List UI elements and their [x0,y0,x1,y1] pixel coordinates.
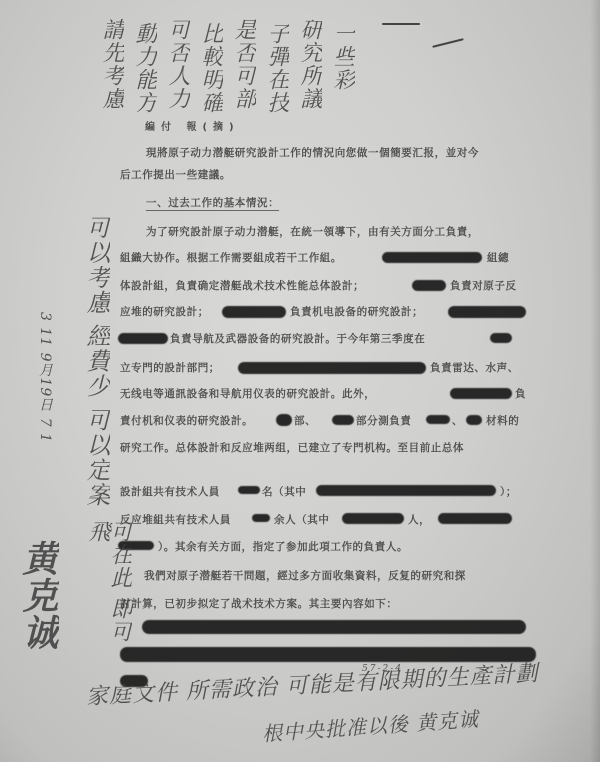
redaction-bar [332,415,354,425]
redaction-bar [222,306,286,318]
body-line-4: 应堆的研究設計； [120,304,209,319]
redaction-bar [382,252,482,263]
body-line-7: 立专門的設計部門； [120,360,220,375]
bottom-handwritten-line-2: 根中央批准以後 黄克诚 [261,703,480,747]
redaction-bar-large [142,620,526,634]
top-handwritten-column: 請先考慮 [100,18,122,138]
body-line-18: 名（其中 [262,484,306,499]
scanned-document-page: 請先考慮動力能方可否人力比較明確是否可部子彈在技研究所議一些彩 編付 報(摘) … [0,0,600,762]
redaction-bar [466,415,482,425]
body-line-23: ）。其余有关方面，指定了参加此項工作的負責人。 [158,539,408,554]
redaction-bar [276,414,292,426]
body-line-19: ）； [500,484,517,499]
redaction-bar [450,388,512,399]
body-line-22: 人， [408,512,430,527]
body-line-20: 反应堆組共有技术人員 [120,512,231,527]
body-line-17: 設計組共有技术人員 [120,484,220,499]
document-title-stamp: 編付 報(摘) [145,118,240,133]
top-handwritten-column: 一些彩 [331,22,353,142]
redaction-bar [238,486,260,494]
body-line-14: 、 [452,413,463,428]
body-fragment: 負責对原子反 [450,278,517,293]
body-line-16: 研究工作。总体設計和反应堆两组，已建立了专門机构。至目前止总体 [120,440,464,455]
redaction-bar [490,333,512,343]
body-line-2: 組織大协作。根据工作需要組成若干工作組。 [120,250,342,265]
redaction-bar [238,362,426,374]
section-heading-text: 一、过去工作的基本情況： [146,197,279,211]
body-fragment: 組總 [487,250,509,265]
redaction-bar [316,485,496,496]
body-line-10: 負 [515,386,526,401]
body-line-8: 負責雷达、水声、 [430,360,519,375]
body-line-3: 体設計組，負責确定潜艇战术技术性能总体設計； [120,278,364,293]
section-heading: 一、过去工作的基本情況： [146,195,279,210]
body-line-25: 討計算，已初步拟定了战术技术方案。其主要內容如下： [120,596,398,611]
body-line-6: 負責导航及武器設备的研究設計。于今年第三季度在 [170,331,425,346]
body-line-11: 責付机和仪表的研究設計。 [120,413,253,428]
redaction-bar [412,280,446,291]
body-line-9: 无线电等通訊設备和导航用仪表的研究設計。此外， [120,386,375,401]
redaction-bar [252,514,270,522]
signature: 黄克诚 [20,540,56,710]
body-line-24: 我們对原子潜艇若干問題，經过多方面收集資料，反复的研究和探 [144,568,466,583]
left-margin-handwritten-note: 可以考慮 經費少 可以定案 [84,215,108,525]
body-line-1: 为了研究設計原子动力潜艇，在統一領導下，由有关方面分工負責， [146,224,479,239]
body-line-13: 部分測負責 [356,413,412,428]
top-handwritten-column: 子彈在技 [265,22,287,142]
intro-line-1: 現將原子动力潜艇研究設計工作的情況向您做一個簡要汇报，並对今 [146,145,479,160]
body-line-15: 材料的 [486,413,519,428]
redaction-bar [448,306,526,318]
left-margin-date-note: 3 11 9月19日 7 1 [38,312,52,512]
redaction-bar [118,333,168,344]
body-line-21: 余人（其中 [274,512,330,527]
left-margin-lower-note: 可在此 即可 飛 [86,520,130,670]
redaction-bar [438,513,512,524]
body-line-5: 負責机电設备的研究設計； [290,304,423,319]
top-handwritten-column: 研究所議 [298,18,320,138]
redaction-bar [342,513,404,524]
body-line-12: 部、 [294,413,316,428]
top-right-slash-mark [432,38,464,48]
intro-line-2: 后工作提出一些建議。 [120,167,231,182]
redaction-bar [426,415,450,424]
top-right-dash-mark [382,23,420,25]
